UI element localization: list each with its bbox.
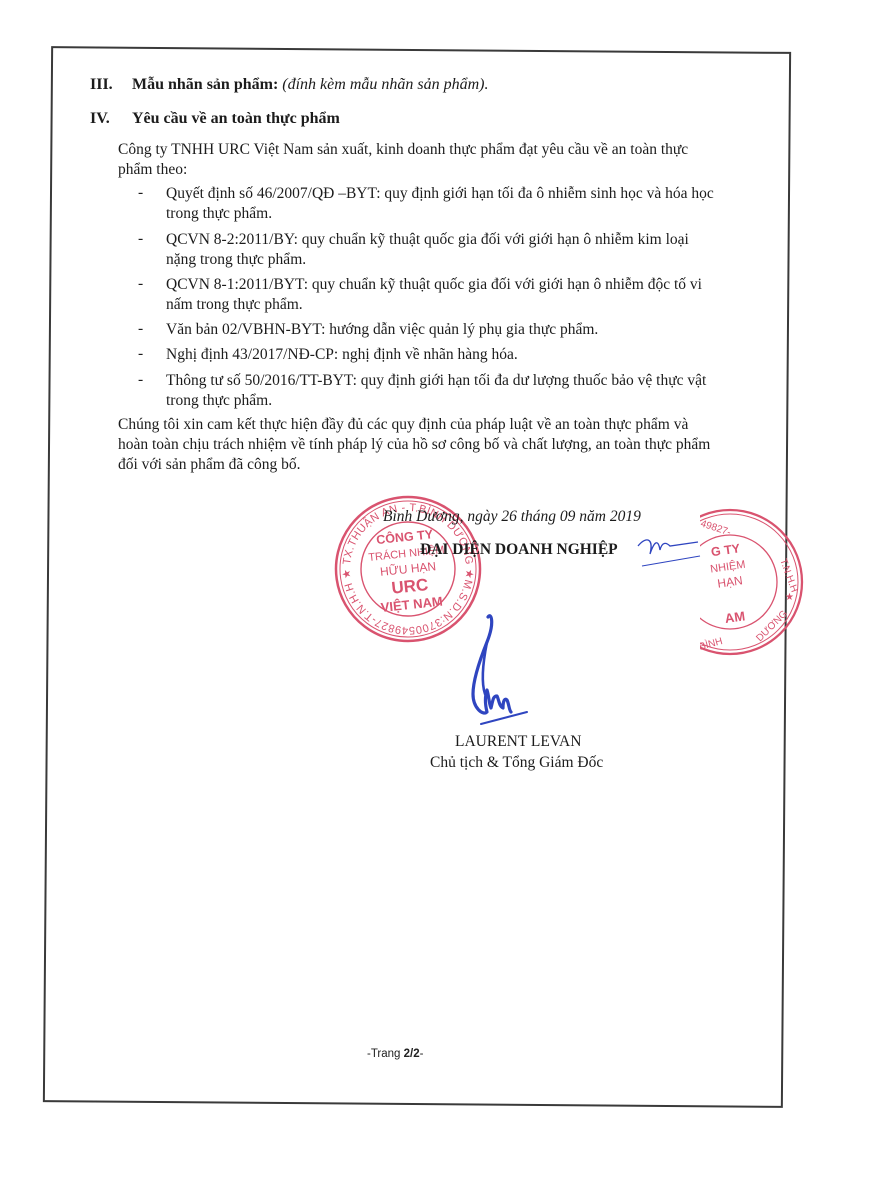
page-number: -Trang 2/2-: [367, 1048, 423, 1060]
bullet-dash: -: [138, 184, 143, 202]
regulation-line: QCVN 8-1:2011/BYT: quy chuẩn kỹ thuật qu…: [166, 275, 702, 295]
stamp-line: URC: [391, 575, 430, 598]
regulation-line: Văn bản 02/VBHN-BYT: hướng dẫn việc quản…: [166, 320, 598, 340]
signer-name: LAURENT LEVAN: [455, 733, 581, 751]
section-4-number: IV.: [90, 110, 132, 128]
bullet-dash: -: [138, 230, 143, 248]
intro-line: Công ty TNHH URC Việt Nam sản xuất, kinh…: [118, 140, 688, 160]
partial-stamp: G TY NHIỆM HẠN AM 49827- T.N.H.H ★ DƯƠNG…: [700, 500, 815, 660]
place-date: Bình Dương, ngày 26 tháng 09 năm 2019: [383, 508, 641, 526]
section-3-title: Mẫu nhãn sản phẩm:: [132, 76, 278, 93]
svg-text:★: ★: [785, 592, 794, 603]
regulation-line: Quyết định số 46/2007/QĐ –BYT: quy định …: [166, 184, 714, 204]
section-4-heading: IV.Yêu cầu về an toàn thực phẩm: [90, 110, 340, 128]
section-3-note: (đính kèm mẫu nhãn sản phẩm).: [278, 76, 488, 93]
svg-text:DƯƠNG: DƯƠNG: [754, 608, 790, 644]
bullet-dash: -: [138, 320, 143, 338]
commitment-paragraph: Chúng tôi xin cam kết thực hiện đầy đủ c…: [118, 415, 710, 475]
representative-title: ĐẠI DIỆN DOANH NGHIỆP: [420, 541, 618, 559]
initials-mark: [636, 532, 706, 572]
section-3-heading: III.Mẫu nhãn sản phẩm: (đính kèm mẫu nhã…: [90, 76, 488, 94]
section-4-title: Yêu cầu về an toàn thực phẩm: [132, 110, 340, 127]
page-number-prefix: -Trang: [367, 1048, 404, 1060]
intro-line: phẩm theo:: [118, 160, 688, 180]
regulation-line: nấm trong thực phẩm.: [166, 295, 702, 315]
commitment-line: Chúng tôi xin cam kết thực hiện đầy đủ c…: [118, 415, 710, 435]
regulation-line: QCVN 8-2:2011/BY: quy chuẩn kỹ thuật quố…: [166, 230, 689, 250]
bullet-dash: -: [138, 345, 143, 363]
regulation-line: Thông tư số 50/2016/TT-BYT: quy định giớ…: [166, 371, 706, 391]
commitment-line: đối với sản phẩm đã công bố.: [118, 455, 710, 475]
commitment-line: hoàn toàn chịu trách nhiệm về tính pháp …: [118, 435, 710, 455]
stamp-line: HẠN: [716, 573, 743, 590]
signature-mark: [445, 612, 535, 727]
stamp-line: AM: [724, 608, 746, 626]
stamp-line: VIỆT NAM: [380, 594, 443, 615]
signer-position: Chủ tịch & Tổng Giám Đốc: [430, 754, 603, 772]
regulation-line: Nghị định 43/2017/NĐ-CP: nghị định về nh…: [166, 345, 518, 365]
stamp-line: G TY: [710, 541, 741, 559]
document-page: III.Mẫu nhãn sản phẩm: (đính kèm mẫu nhã…: [0, 0, 871, 1200]
section-4-intro: Công ty TNHH URC Việt Nam sản xuất, kinh…: [118, 140, 688, 180]
section-3-number: III.: [90, 76, 132, 94]
regulation-line: trong thực phẩm.: [166, 391, 706, 411]
bullet-dash: -: [138, 275, 143, 293]
regulation-line: trong thực phẩm.: [166, 204, 714, 224]
page-number-suffix: -: [420, 1048, 424, 1060]
bullet-dash: -: [138, 371, 143, 389]
svg-text:T.N.H.H: T.N.H.H: [777, 557, 799, 594]
page-number-value: 2/2: [404, 1048, 420, 1060]
svg-text:BÌNH: BÌNH: [700, 634, 724, 653]
regulation-line: nặng trong thực phẩm.: [166, 250, 689, 270]
